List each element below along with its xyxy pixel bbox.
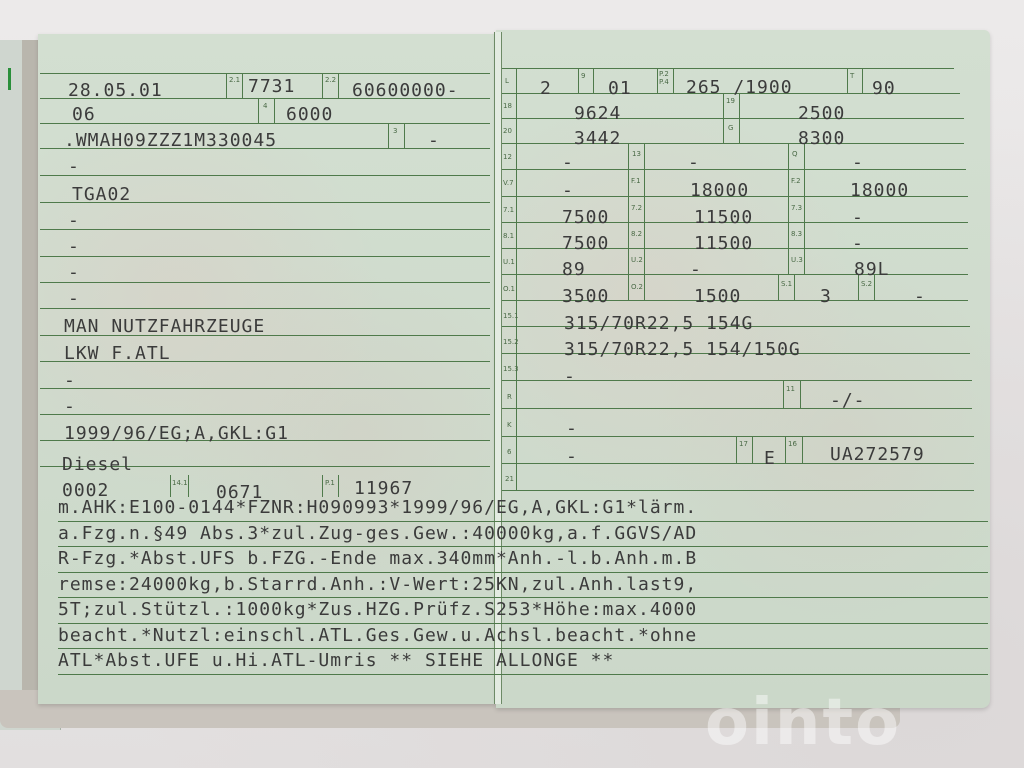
rule: [502, 118, 964, 119]
green-mark: [8, 68, 11, 90]
stationary-noise: 89: [562, 259, 586, 280]
field-label-s2: S.2: [861, 280, 872, 288]
standing-places: -: [914, 286, 926, 307]
field-label-16: 16: [788, 440, 797, 448]
rule: [40, 414, 490, 415]
field-label-14-1: 14.1: [172, 479, 188, 487]
height: 3442: [574, 128, 621, 149]
vehicle-type-description: LKW F.ATL: [64, 343, 171, 364]
remark-line: a.Fzg.n.§49 Abs.3*zul.Zug-ges.Gew.:40000…: [58, 522, 988, 548]
field-label-2-1: 2.1: [229, 76, 240, 84]
row-label-15-3: 15.3: [503, 365, 519, 373]
max-gross-weight: 18000: [690, 180, 749, 201]
divider: [188, 475, 189, 497]
row-label-12: 12: [503, 153, 512, 161]
divider: [847, 68, 848, 93]
field-u2-value: -: [690, 259, 702, 280]
remark-line: beacht.*Nutzl:einschl.ATL.Ges.Gew.u.Achs…: [58, 624, 988, 650]
field-label-u2: U.2: [631, 256, 643, 264]
field-label-8-3: 8.3: [791, 230, 802, 238]
fuel-type: Diesel: [62, 454, 133, 475]
field-label-u3: U.3: [791, 256, 803, 264]
remark-line: ATL*Abst.UFE u.Hi.ATL-Umris ** SIEHE ALL…: [58, 649, 988, 675]
max-speed: 90: [872, 78, 896, 99]
divider: [783, 380, 784, 408]
row-label-21: 21: [505, 475, 514, 483]
axle-load-2: 11500: [694, 207, 753, 228]
divider: [258, 98, 259, 123]
divider: [404, 123, 405, 148]
left-row-8: -: [68, 262, 80, 283]
field-label-7-3: 7.3: [791, 204, 802, 212]
type-code: 60600000-: [352, 80, 459, 101]
field-label-9: 9: [581, 72, 585, 80]
divider: [673, 68, 674, 93]
manufacturer-code: 7731: [248, 76, 295, 97]
rule: [40, 229, 490, 230]
vin: .WMAH09ZZZ1M330045: [64, 130, 277, 151]
row-label-8-1: 8.1: [503, 232, 514, 240]
document-number: UA272579: [830, 444, 925, 465]
permitted-axle-load-3: -: [852, 233, 864, 254]
field-v7-value: -: [562, 180, 574, 201]
trailer-load-unbraked: 1500: [694, 286, 741, 307]
field-label-7-2: 7.2: [631, 204, 642, 212]
field-label-q: Q: [792, 150, 798, 158]
divider: [862, 68, 863, 93]
left-row-6: -: [68, 210, 80, 231]
divider: [242, 73, 243, 98]
emission-class: 1999/96/EG;A,GKL:G1: [64, 423, 289, 444]
field-label-o2: O.2: [631, 283, 643, 291]
empty-weight: 8300: [798, 128, 845, 149]
field-13-value: -: [688, 152, 700, 173]
divider: [644, 143, 645, 300]
permitted-axle-load-2: 11500: [694, 233, 753, 254]
row-label-6: 6: [507, 448, 511, 456]
divider: [226, 73, 227, 98]
row-label-u1: U.1: [503, 258, 515, 266]
row-label-18: 18: [503, 102, 512, 110]
field-k-value: -: [566, 418, 578, 439]
field-label-t: T: [850, 72, 854, 80]
body-code: 6000: [286, 104, 333, 125]
drive-noise: 89L: [854, 259, 890, 280]
field-12-value: -: [562, 152, 574, 173]
divider: [788, 143, 789, 274]
divider: [736, 436, 737, 463]
divider: [804, 143, 805, 274]
type-variant: TGA02: [72, 184, 131, 205]
divider: [578, 68, 579, 93]
row-label-7-1: 7.1: [503, 206, 514, 214]
field-17-value: E: [764, 448, 776, 469]
seats: 3: [820, 286, 832, 307]
divider: [338, 73, 339, 98]
rule: [40, 282, 490, 283]
rule: [40, 175, 490, 176]
remarks-section: m.AHK:E100-0144*FZNR:H090993*1999/96/EG,…: [58, 496, 988, 675]
registration-date: 28.05.01: [68, 80, 163, 101]
tyres-axle-2: 315/70R22,5 154/150G: [564, 339, 801, 360]
rule: [40, 388, 490, 389]
remark-line: 5T;zul.Stützl.:1000kg*Zus.HZG.Prüfz.S253…: [58, 598, 988, 624]
rule: [40, 308, 490, 309]
field-label-8-2: 8.2: [631, 230, 642, 238]
permitted-gross-weight: 18000: [850, 180, 909, 201]
length: 9624: [574, 103, 621, 124]
field-label-2-2: 2.2: [325, 76, 336, 84]
divider: [785, 436, 786, 463]
divider: [800, 380, 801, 408]
divider: [739, 93, 740, 143]
divider: [657, 68, 658, 93]
left-row-13: -: [64, 396, 76, 417]
rule: [40, 256, 490, 257]
divider: [338, 475, 339, 497]
remark-line: R-Fzg.*Abst.UFS b.FZG.-Ende max.340mm*An…: [58, 547, 988, 573]
trailer-load-braked: 3500: [562, 286, 609, 307]
label-column: [516, 68, 517, 490]
rule: [502, 68, 954, 69]
divider: [322, 475, 323, 497]
field-11-value: -/-: [830, 390, 866, 411]
row-label-15-2: 15.2: [503, 338, 519, 346]
axle-load-1: 7500: [562, 207, 609, 228]
remark-line: m.AHK:E100-0144*FZNR:H090993*1999/96/EG,…: [58, 496, 988, 522]
rule: [502, 143, 964, 144]
left-row-4: -: [68, 156, 80, 177]
field-label-p-1: P.1: [325, 479, 335, 487]
divider: [170, 475, 171, 497]
field-label-s1: S.1: [781, 280, 792, 288]
rule: [40, 123, 490, 124]
permitted-axle-load-1: 7500: [562, 233, 609, 254]
field-label-3: 3: [393, 127, 397, 135]
remark-line: remse:24000kg,b.Starrd.Anh.:V-Wert:25KN,…: [58, 573, 988, 599]
field-9-value: 01: [608, 78, 632, 99]
divider: [723, 93, 724, 143]
divider: [628, 143, 629, 300]
left-row-9: -: [68, 288, 80, 309]
field-label-g: G: [728, 124, 733, 132]
tyres-axle-1: 315/70R22,5 154G: [564, 313, 753, 334]
divider: [802, 436, 803, 463]
divider: [778, 274, 779, 300]
field-label-13: 13: [632, 150, 641, 158]
field-label-19: 19: [726, 97, 735, 105]
divider: [388, 123, 389, 148]
row-label-o1: O.1: [503, 285, 515, 293]
row-label-k: K: [507, 421, 512, 429]
field-label-17: 17: [739, 440, 748, 448]
left-row-7: -: [68, 236, 80, 257]
rule: [40, 73, 490, 74]
divider: [794, 274, 795, 300]
field-6-value: -: [566, 446, 578, 467]
rule: [502, 490, 974, 491]
field-q-value: -: [852, 152, 864, 173]
field-label-f1: F.1: [631, 177, 641, 185]
width: 2500: [798, 103, 845, 124]
check-digit: -: [428, 130, 440, 151]
divider: [593, 68, 594, 93]
divider: [274, 98, 275, 123]
field-label-4: 4: [263, 102, 267, 110]
field-label-11: 11: [786, 385, 795, 393]
manufacturer-name: MAN NUTZFAHRZEUGE: [64, 316, 265, 337]
divider: [752, 436, 753, 463]
row-label-20: 20: [503, 127, 512, 135]
power-rpm: 265 /1900: [686, 77, 793, 98]
rule: [502, 408, 972, 409]
field-label-f2: F.2: [791, 177, 801, 185]
watermark-logo: ointo: [705, 686, 901, 760]
field-label-p2-p4: P.2 P.4: [659, 70, 671, 86]
row-label-v7: V.7: [503, 179, 514, 187]
vehicle-class: 06: [72, 104, 96, 125]
row-label-15-1: 15.1: [503, 312, 519, 320]
axle-count: 2: [540, 78, 552, 99]
row-label-r: R: [507, 393, 512, 401]
axle-load-3: -: [852, 207, 864, 228]
tyres-axle-3: -: [564, 366, 576, 387]
row-label-L: L: [505, 77, 509, 85]
left-row-12: -: [64, 370, 76, 391]
divider: [322, 73, 323, 98]
